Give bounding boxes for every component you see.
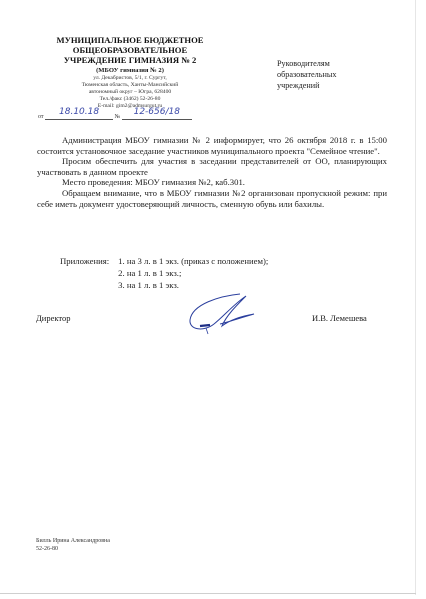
handwritten-number: 12-656/18 bbox=[134, 107, 180, 117]
registration-line: от 18.10.18 № 12-656/18 bbox=[38, 110, 192, 120]
paragraph-venue: Место проведения: МБОУ гимназия №2, каб.… bbox=[37, 177, 387, 188]
addressee-line: Руководителям bbox=[277, 58, 336, 69]
address-line: Тюменская область, Ханты-Мансийский bbox=[40, 82, 220, 89]
attachments-label: Приложения: bbox=[60, 255, 116, 267]
letterhead: МУНИЦИПАЛЬНОЕ БЮДЖЕТНОЕ ОБЩЕОБРАЗОВАТЕЛЬ… bbox=[40, 35, 220, 110]
org-name-line: УЧРЕЖДЕНИЕ ГИМНАЗИЯ № 2 bbox=[40, 55, 220, 65]
org-short-name: (МБОУ гимназия № 2) bbox=[40, 67, 220, 75]
attachment-item: 2. на 1 л. в 1 экз.; bbox=[118, 268, 181, 278]
paragraph-access: Обращаем внимание, что в МБОУ гимназии №… bbox=[37, 188, 387, 209]
org-name-line: ОБЩЕОБРАЗОВАТЕЛЬНОЕ bbox=[40, 45, 220, 55]
address-line: автономный округ – Югра, 628400 bbox=[40, 89, 220, 96]
page-edge bbox=[415, 0, 416, 595]
from-label: от bbox=[38, 114, 44, 120]
date-field: 18.10.18 bbox=[45, 110, 113, 120]
signatory-name: И.В. Лемешева bbox=[312, 313, 367, 323]
attachment-item: 1. на 3 л. в 1 экз. (приказ с положением… bbox=[118, 256, 268, 266]
paragraph-announcement: Администрация МБОУ гимназии № 2 информир… bbox=[37, 135, 387, 156]
executor: Билль Ирина Александровна 52-26-80 bbox=[36, 538, 110, 553]
org-name-line: МУНИЦИПАЛЬНОЕ БЮДЖЕТНОЕ bbox=[40, 35, 220, 45]
address-line: Тел./факс (3462) 52-26-80 bbox=[40, 96, 220, 103]
letter-body: Администрация МБОУ гимназии № 2 информир… bbox=[37, 135, 387, 209]
attachments: Приложения: 1. на 3 л. в 1 экз. (приказ … bbox=[60, 255, 268, 291]
signatory-position: Директор bbox=[36, 313, 71, 323]
page-edge bbox=[0, 593, 416, 594]
number-field: 12-656/18 bbox=[122, 110, 192, 120]
paragraph-request: Просим обеспечить для участия в заседани… bbox=[37, 156, 387, 177]
executor-name: Билль Ирина Александровна bbox=[36, 538, 110, 546]
executor-phone: 52-26-80 bbox=[36, 546, 110, 554]
addressee-line: учреждений bbox=[277, 80, 336, 91]
signature-icon bbox=[180, 290, 260, 340]
handwritten-date: 18.10.18 bbox=[59, 107, 99, 117]
number-label: № bbox=[115, 114, 121, 120]
address-line: ул. Декабристов, 5/1, г. Сургут, bbox=[40, 75, 220, 82]
addressee: Руководителям образовательных учреждений bbox=[277, 58, 336, 91]
addressee-line: образовательных bbox=[277, 69, 336, 80]
attachment-item: 3. на 1 л. в 1 экз. bbox=[118, 280, 179, 290]
